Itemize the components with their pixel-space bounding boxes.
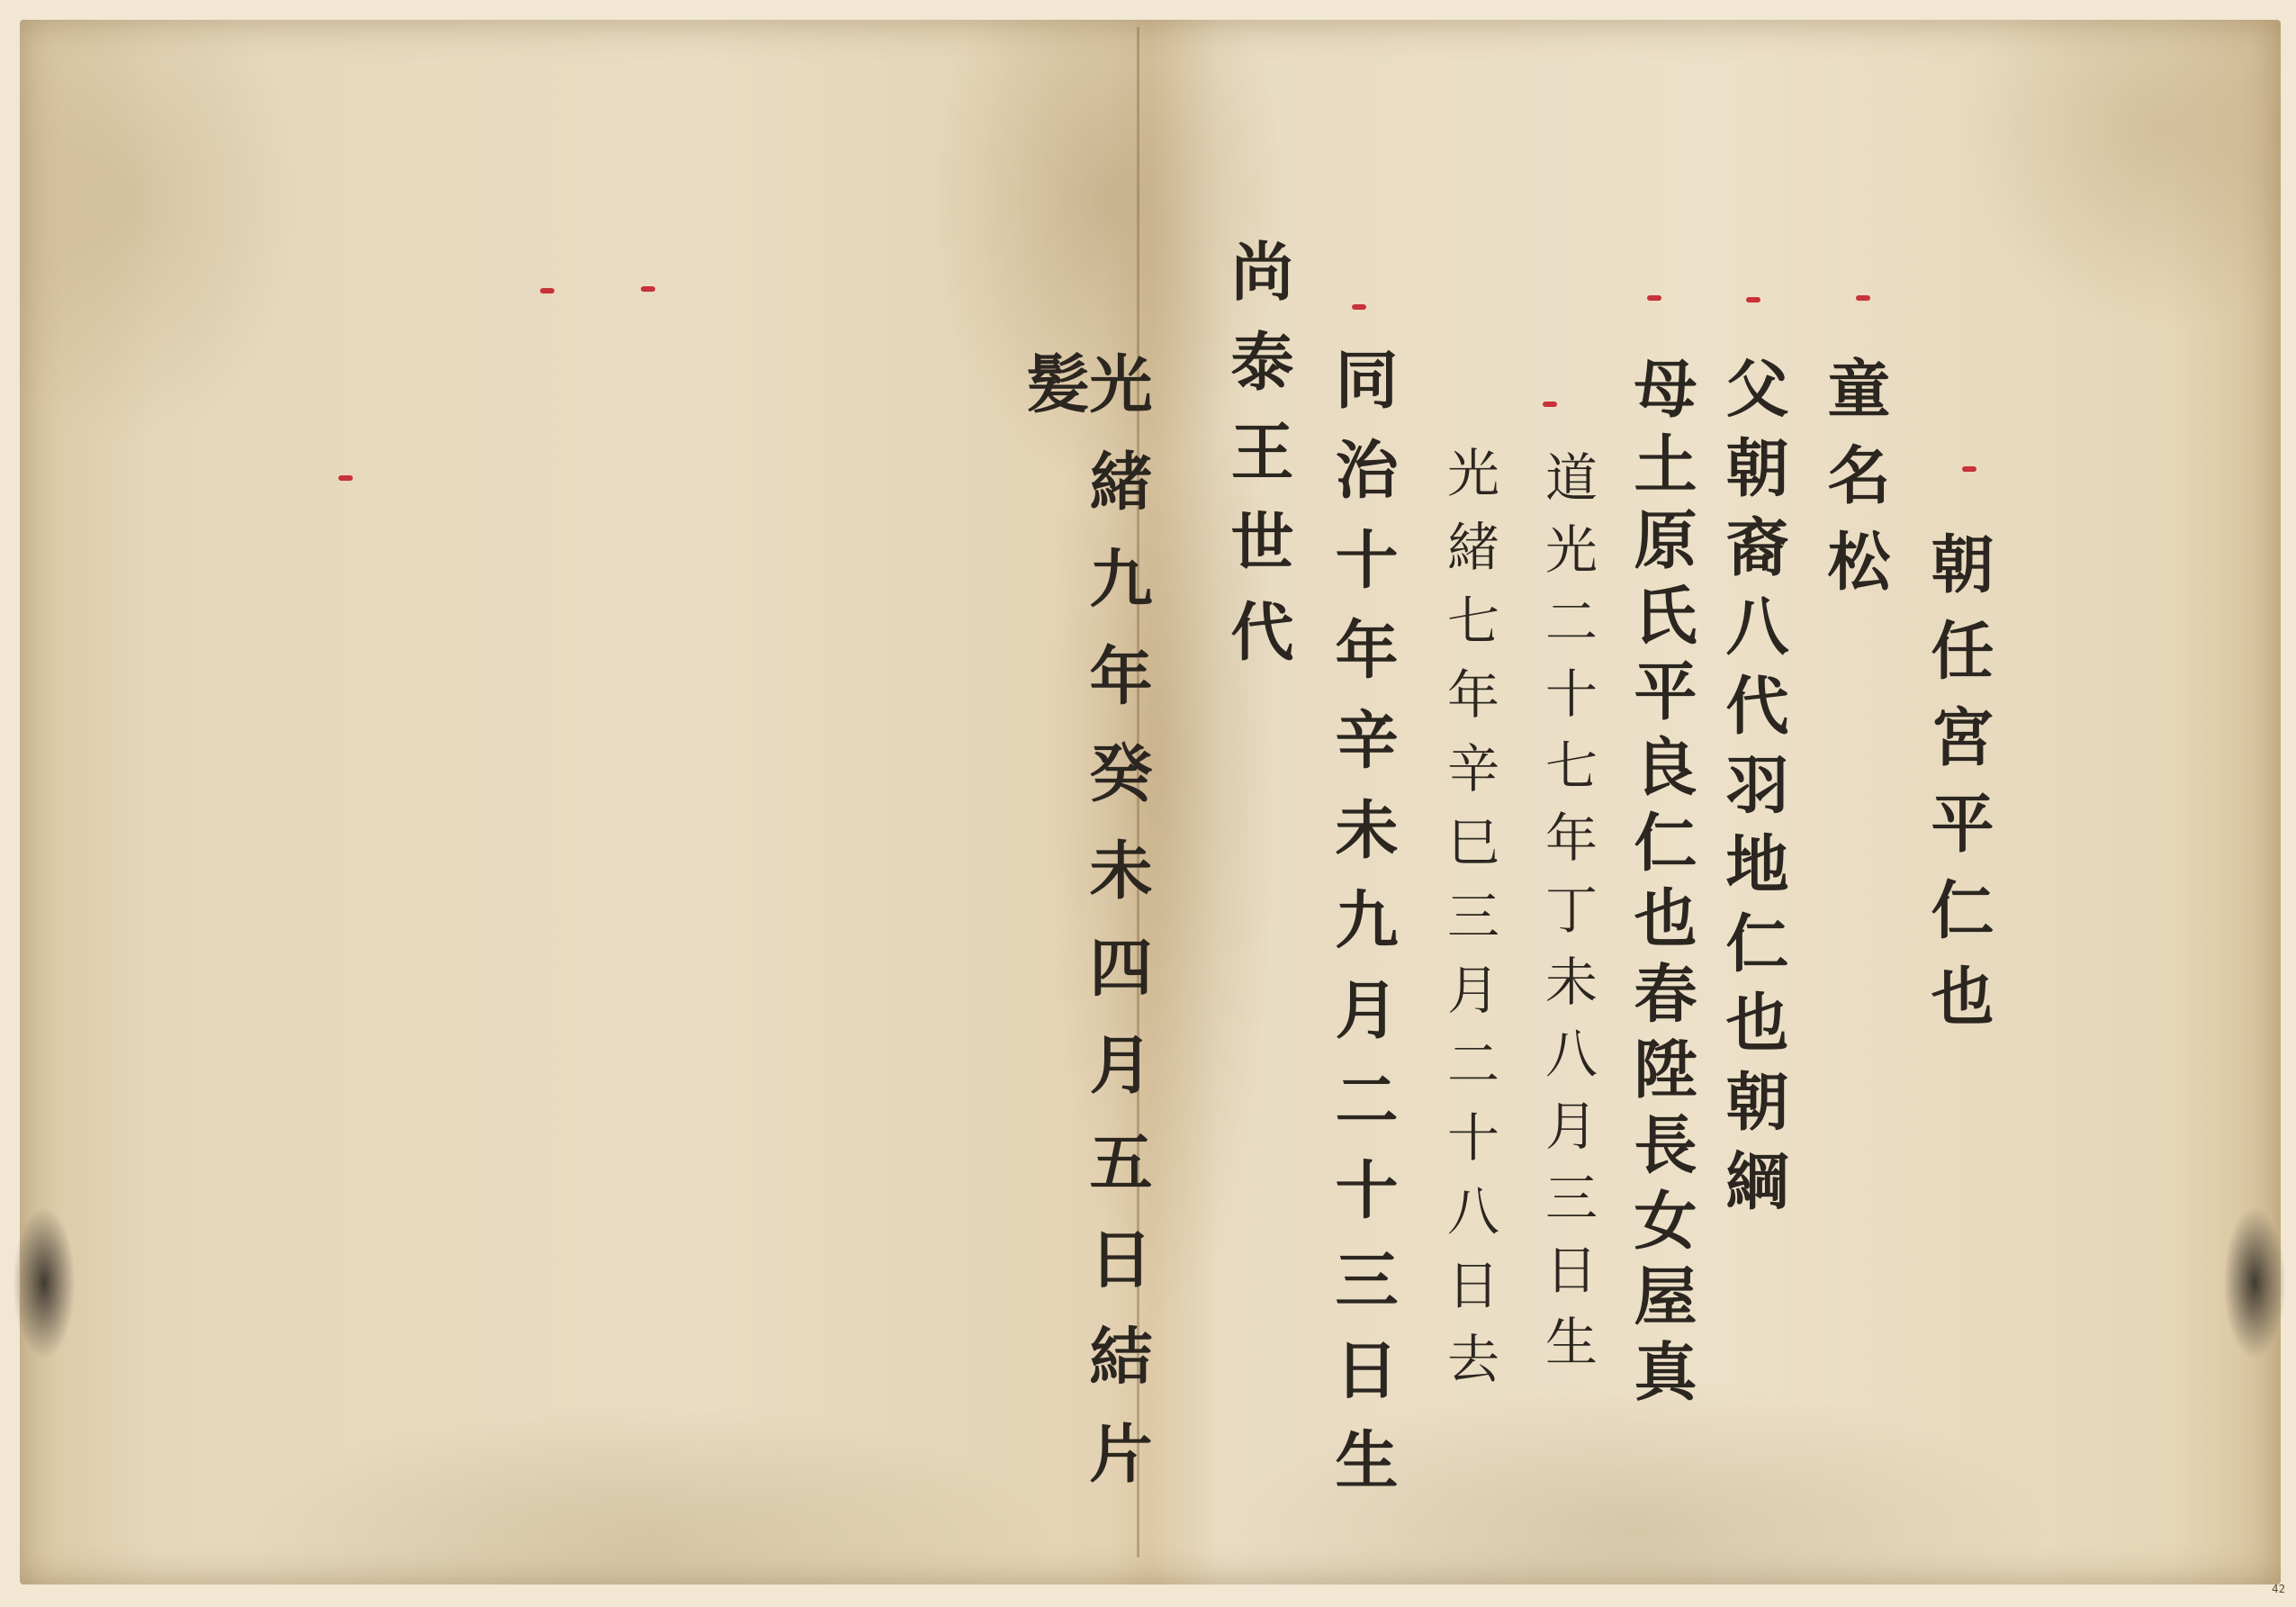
red-mark — [338, 475, 353, 481]
red-mark — [1647, 295, 1661, 301]
red-mark — [1352, 304, 1366, 310]
page-number: 42 — [2272, 1583, 2285, 1595]
red-mark — [1543, 402, 1557, 407]
red-mark — [1962, 466, 1976, 472]
red-mark — [1856, 295, 1870, 301]
red-mark — [1746, 297, 1760, 302]
column-birth-date-2: 同治十年辛未九月二十三日生 — [1330, 347, 1393, 1517]
column-childhood-name: 童名松 — [1823, 356, 1886, 615]
column-reign: 尚泰王世代 — [1226, 239, 1289, 689]
red-mark — [641, 286, 655, 292]
column-name: 朝任宮平仁也 — [1926, 531, 1989, 1050]
column-father: 父朝裔八代羽地仁也朝綱 — [1721, 356, 1784, 1227]
column-coming-of-age: 光緒九年癸未四月五日結片髪 — [1022, 351, 1148, 1607]
right-edge-stain — [2223, 1206, 2286, 1359]
red-mark — [540, 288, 554, 293]
column-death-date: 光緒七年辛巳三月二十八日去 — [1443, 446, 1495, 1405]
left-edge-stain — [13, 1206, 76, 1359]
column-birth-date: 道光二十七年丁未八月三日生 — [1541, 450, 1593, 1386]
column-mother: 母土原氏平良仁也春陞長女屋真 — [1629, 356, 1692, 1414]
